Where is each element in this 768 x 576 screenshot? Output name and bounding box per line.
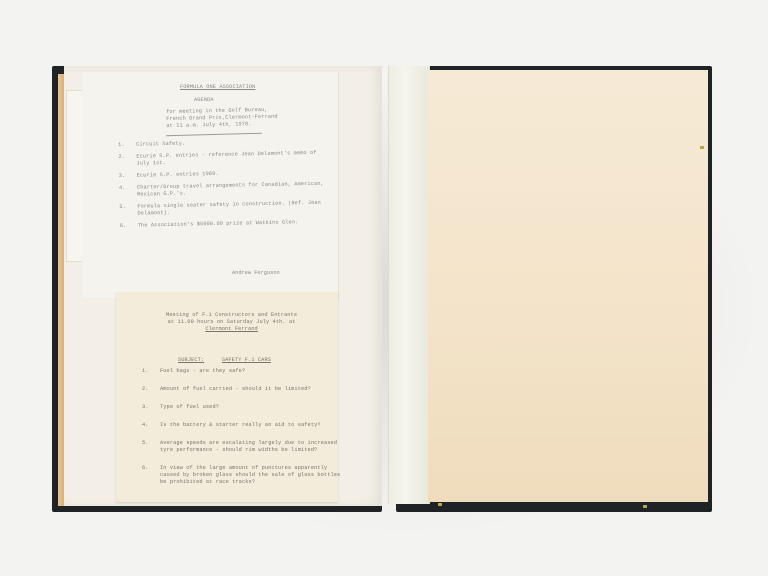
memo-item: 2. Amount of fuel carried - should it be…	[142, 386, 340, 393]
agenda-heading: FORMULA ONE ASSOCIATION	[180, 84, 255, 91]
memo-subject-value: SAFETY F.1 CARS	[222, 357, 271, 363]
memo-subject: SUBJECT: SAFETY F.1 CARS	[178, 348, 271, 366]
memo-item: 1. Fuel bags - are they safe?	[142, 368, 340, 375]
agenda-item: 3. Ecurie S.P. entries 1969.	[119, 169, 324, 180]
memo-item: 6. In view of the large amount of punctu…	[142, 465, 340, 486]
agenda-item: 4. Charter/Group travel arrangements for…	[119, 181, 324, 199]
agenda-item: 2. Ecurie S.P. entries - reference Jean …	[118, 150, 323, 168]
agenda-intro: for meeting in the Golf Bureau, French G…	[166, 107, 278, 130]
safety-memo: Meeting of F.1 Constructors and Entrants…	[116, 292, 338, 502]
binding-stitch	[438, 503, 442, 506]
agenda-item: 1. Circuit Safety.	[118, 138, 323, 149]
memo-items: 1. Fuel bags - are they safe? 2. Amount …	[142, 368, 340, 486]
agenda-items: 1. Circuit Safety. 2. Ecurie S.P. entrie…	[118, 138, 325, 230]
right-page-blank	[428, 70, 708, 502]
binding-gutter	[388, 66, 430, 504]
agenda-item: 6. The Association's $5000.00 prize at W…	[120, 219, 325, 230]
memo-header: Meeting of F.1 Constructors and Entrants…	[166, 312, 297, 333]
agenda-rule	[166, 133, 262, 137]
binding-stitch	[643, 505, 647, 508]
agenda-document: FORMULA ONE ASSOCIATION AGENDA for meeti…	[82, 72, 339, 298]
agenda-subheading: AGENDA	[194, 97, 214, 104]
agenda-signature: Andrew Ferguson	[232, 270, 280, 276]
memo-subject-label: SUBJECT:	[178, 357, 204, 363]
memo-item: 3. Type of fuel used?	[142, 404, 340, 411]
memo-item: 4. Is the battery & starter really an ai…	[142, 422, 340, 429]
agenda-item: 5. Formula single seater safety in const…	[119, 200, 324, 218]
memo-item: 5. Average speeds are escalating largely…	[142, 440, 340, 454]
binding-stitch	[700, 146, 704, 149]
